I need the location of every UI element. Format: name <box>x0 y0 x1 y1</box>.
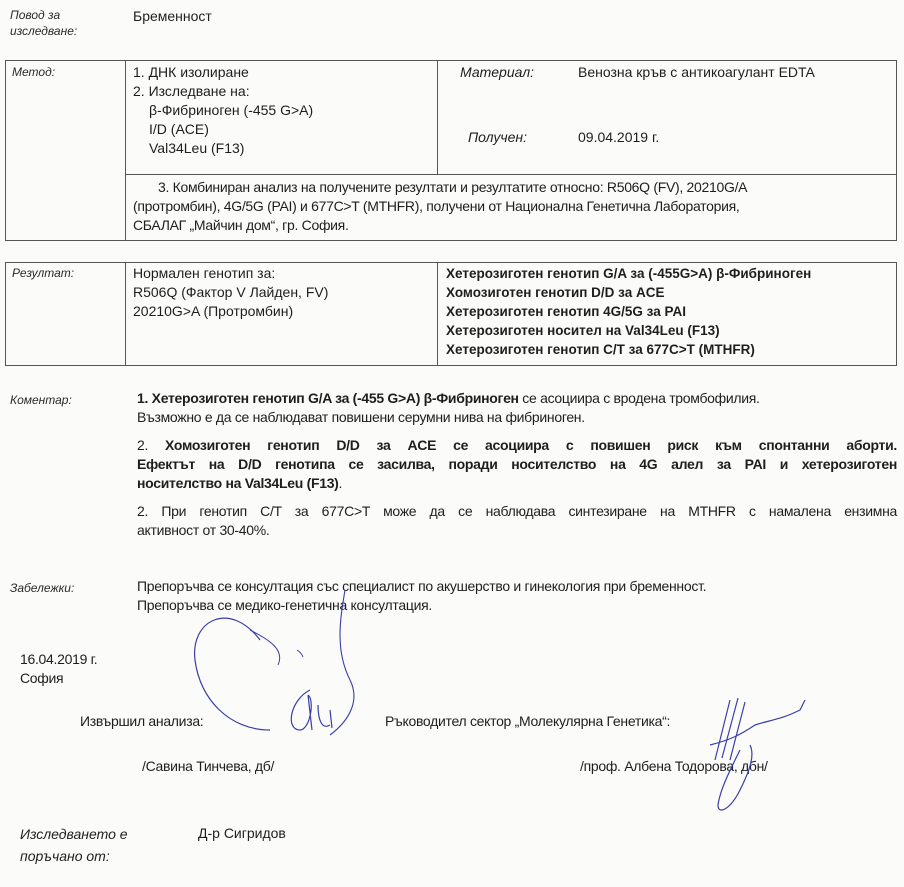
comment-p2-num: 2. <box>137 437 165 453</box>
remarks-body: Препоръчва се консултация със специалист… <box>137 577 706 615</box>
reason-label: Повод за изследване: <box>10 7 77 39</box>
material-label: Материал: <box>460 63 534 82</box>
method-item: I/D (ACE) <box>133 120 313 139</box>
comment-p3-line2: активност от 30-40%. <box>137 521 897 540</box>
head-name: /проф. Албена Тодорова, дбн/ <box>580 757 768 776</box>
comment-p2-line2: Ефектът на D/D генотипа се засилва, пора… <box>137 455 897 474</box>
ordered-label: Изследването е поръчано от: <box>20 823 128 867</box>
comment-p2-line1: Хомозиготен генотип D/D за ACE се асоции… <box>165 437 897 453</box>
comment-p3: 2. При генотип C/T за 677C>T може да се … <box>137 502 897 540</box>
method-item: Val34Leu (F13) <box>133 139 313 158</box>
comment-body: 1. Хетерозиготен генотип G/A за (-455 G>… <box>137 389 897 540</box>
result-abnormal-line: Хомозиготен генотип D/D за ACE <box>446 283 811 302</box>
comment-p3-line1: 2. При генотип C/T за 677C>T може да се … <box>137 502 897 521</box>
result-normal-line: Нормален генотип за: <box>133 264 328 283</box>
reason-label-line2: изследване: <box>10 23 77 39</box>
report-date: 16.04.2019 г. <box>20 650 97 669</box>
received-label: Получен: <box>468 128 527 147</box>
method-items: 1. ДНК изолиране 2. Изследване на: β-Фиб… <box>133 63 313 158</box>
performed-name: /Савина Тинчева, дб/ <box>142 757 274 776</box>
method-label: Метод: <box>12 64 55 80</box>
comment-label: Коментар: <box>10 392 72 408</box>
result-abnormal-line: Хетерозиготен носител на Val34Leu (F13) <box>446 321 811 340</box>
remarks-line: Препоръчва се медико-генетична консултац… <box>137 596 706 615</box>
received-value: 09.04.2019 г. <box>578 128 659 147</box>
remarks-line: Препоръчва се консултация със специалист… <box>137 577 706 596</box>
result-col-divider <box>125 262 126 366</box>
comment-p1-rest: се асоциира с вродена тромбофилия. <box>519 390 760 406</box>
result-abnormal-line: Хетерозиготен генотип C/T за 677C>T (MTH… <box>446 340 811 359</box>
ordered-value: Д-р Сигридов <box>198 824 286 843</box>
result-col-divider-2 <box>437 262 438 366</box>
method-item: β-Фибриноген (-455 G>A) <box>133 101 313 120</box>
method-item: 1. ДНК изолиране <box>133 63 313 82</box>
comment-p2-line3: носителство на Val34Leu (F13) <box>137 475 339 491</box>
combined-line: (протромбин), 4G/5G (PAI) и 677C>T (MTHF… <box>133 197 747 216</box>
result-normal-line: R506Q (Фактор V Лайден, FV) <box>133 283 328 302</box>
report-city: София <box>20 669 63 688</box>
ordered-label-line2: поръчано от: <box>20 845 128 867</box>
signature-head-icon <box>700 690 820 820</box>
result-normal: Нормален генотип за: R506Q (Фактор V Лай… <box>133 264 328 321</box>
comment-p1-line2: Възможно е да се наблюдават повишени сер… <box>137 408 897 427</box>
material-value: Венозна кръв с антикоагулант EDTA <box>578 63 815 82</box>
result-abnormal-line: Хетерозиготен генотип G/A за (-455G>A) β… <box>446 264 811 283</box>
combined-line: 3. Комбиниран анализ на получените резул… <box>133 178 747 197</box>
performed-label: Извършил анализа: <box>80 712 203 731</box>
method-material-divider <box>437 60 438 174</box>
remarks-label: Забележки: <box>10 580 74 596</box>
reason-label-line1: Повод за <box>10 7 77 23</box>
method-row-divider <box>125 174 897 175</box>
comment-p1-bold: 1. Хетерозиготен генотип G/A за (-455 G>… <box>137 390 519 406</box>
comment-p2-end: . <box>339 475 343 491</box>
comment-p2: 2. Хомозиготен генотип D/D за ACE се асо… <box>137 436 897 493</box>
reason-value: Бременност <box>133 7 212 26</box>
head-label: Ръководител сектор „Молекулярна Генетика… <box>385 712 670 731</box>
method-item: 2. Изследване на: <box>133 82 313 101</box>
comment-p1: 1. Хетерозиготен генотип G/A за (-455 G>… <box>137 389 897 408</box>
result-abnormal: Хетерозиготен генотип G/A за (-455G>A) β… <box>446 264 811 359</box>
combined-analysis: 3. Комбиниран анализ на получените резул… <box>133 178 747 235</box>
method-col-divider <box>125 60 126 241</box>
result-normal-line: 20210G>A (Протромбин) <box>133 302 328 321</box>
result-abnormal-line: Хетерозиготен генотип 4G/5G за PAI <box>446 302 811 321</box>
ordered-label-line1: Изследването е <box>20 823 128 845</box>
combined-line: СБАЛАГ „Майчин дом“, гр. София. <box>133 216 747 235</box>
result-label: Резултат: <box>12 265 74 281</box>
